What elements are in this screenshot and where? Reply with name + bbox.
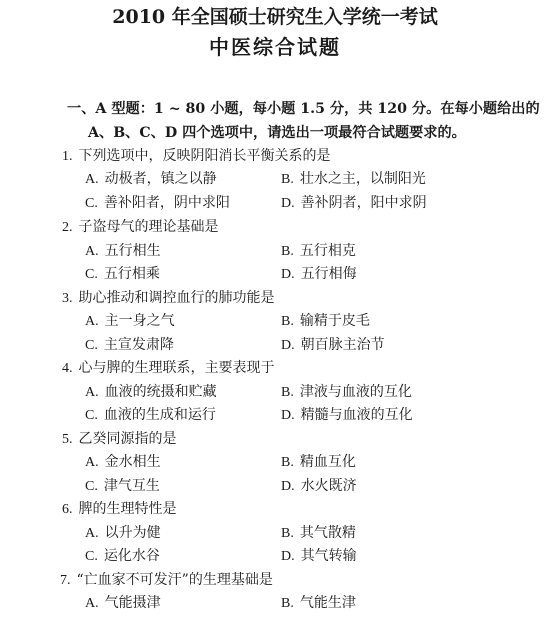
option-5a: A.金水相生 [85,451,161,471]
option-text: 津液与血液的互化 [300,384,412,400]
option-letter: B. [281,455,294,470]
option-text: 水火既济 [301,478,357,494]
question-number: 5. [62,432,73,447]
option-letter: B. [281,244,294,259]
option-3c: C.主宣发肃降 [85,334,174,354]
option-text: 五行相克 [300,243,356,259]
option-letter: B. [281,172,294,187]
option-7a: A.气能摄津 [85,592,161,612]
option-6d: D.其气转输 [281,545,357,565]
option-text: 气能生津 [300,595,356,611]
option-text: 津气互生 [104,478,160,494]
section-instructions-line2: A、B、C、D 四个选项中，请选出一项最符合试题要求的。 [88,122,466,142]
option-3b: B.输精于皮毛 [281,310,370,330]
option-text: 金水相生 [105,454,161,470]
option-6b: B.其气散精 [281,522,356,542]
option-text: 动极者，镇之以静 [105,171,217,187]
option-text: 其气转输 [301,548,357,564]
option-text: 主一身之气 [105,313,175,329]
question-7: 7.“亡血家不可发汗”的生理基础是 [60,569,273,589]
option-text: 壮水之主，以制阳光 [300,171,426,187]
option-letter: C. [85,549,98,564]
option-4b: B.津液与血液的互化 [281,381,412,401]
question-stem: 下列选项中，反映阴阳消长平衡关系的是 [79,148,331,164]
section-instructions-line1: 一、A 型题：1 ~ 80 小题，每小题 1.5 分，共 120 分。在每小题给… [67,98,540,118]
option-letter: A. [85,244,99,259]
option-text: 主宣发肃降 [104,337,174,353]
option-letter: A. [85,526,99,541]
option-text: 精血互化 [300,454,356,470]
option-text: 善补阴者，阳中求阴 [301,195,427,211]
question-number: 6. [62,502,73,517]
option-letter: D. [281,408,295,423]
option-letter: D. [281,549,295,564]
question-number: 2. [62,220,73,235]
option-text: 以升为健 [105,525,161,541]
option-letter: A. [85,314,99,329]
option-text: 运化水谷 [104,548,160,564]
option-letter: D. [281,479,295,494]
option-1a: A.动极者，镇之以静 [85,168,217,188]
option-text: 精髓与血液的互化 [301,407,413,423]
option-4d: D.精髓与血液的互化 [281,404,413,424]
option-letter: C. [85,267,98,282]
option-3a: A.主一身之气 [85,310,175,330]
option-text: 输精于皮毛 [300,313,370,329]
option-letter: B. [281,385,294,400]
option-text: 血液的生成和运行 [104,407,216,423]
question-stem: “亡血家不可发汗”的生理基础是 [77,572,273,588]
question-number: 3. [62,291,73,306]
option-text: 朝百脉主治节 [301,337,385,353]
question-number: 1. [62,149,73,164]
question-5: 5.乙癸同源指的是 [62,428,177,448]
option-letter: C. [85,408,98,423]
option-4a: A.血液的统摄和贮藏 [85,381,217,401]
question-stem: 脾的生理特性是 [79,501,177,517]
option-letter: D. [281,267,295,282]
option-3d: D.朝百脉主治节 [281,334,385,354]
question-stem: 乙癸同源指的是 [79,431,177,447]
option-text: 五行相乘 [104,266,160,282]
question-2: 2.子盗母气的理论基础是 [62,216,219,236]
option-1b: B.壮水之主，以制阳光 [281,168,426,188]
option-2c: C.五行相乘 [85,263,160,283]
option-text: 血液的统摄和贮藏 [105,384,217,400]
option-2d: D.五行相侮 [281,263,357,283]
question-6: 6.脾的生理特性是 [62,498,177,518]
option-text: 气能摄津 [105,595,161,611]
question-stem: 心与脾的生理联系，主要表现于 [79,360,275,376]
question-number: 4. [62,361,73,376]
option-text: 善补阳者，阴中求阳 [104,195,230,211]
option-6c: C.运化水谷 [85,545,160,565]
option-text: 其气散精 [300,525,356,541]
question-number: 7. [60,573,71,588]
option-4c: C.血液的生成和运行 [85,404,216,424]
option-2a: A.五行相生 [85,240,161,260]
question-3: 3.助心推动和调控血行的肺功能是 [62,287,275,307]
option-text: 五行相生 [105,243,161,259]
option-letter: C. [85,196,98,211]
option-7b: B.气能生津 [281,592,356,612]
question-1: 1.下列选项中，反映阴阳消长平衡关系的是 [62,145,331,165]
option-text: 五行相侮 [301,266,357,282]
option-letter: C. [85,338,98,353]
option-letter: B. [281,526,294,541]
option-5c: C.津气互生 [85,475,160,495]
option-letter: A. [85,596,99,611]
exam-title: 2010 年全国硕士研究生入学统一考试 [0,2,550,29]
question-stem: 助心推动和调控血行的肺功能是 [79,290,275,306]
option-letter: D. [281,338,295,353]
option-6a: A.以升为健 [85,522,161,542]
option-letter: B. [281,314,294,329]
option-5d: D.水火既济 [281,475,357,495]
option-letter: A. [85,385,99,400]
option-5b: B.精血互化 [281,451,356,471]
question-4: 4.心与脾的生理联系，主要表现于 [62,357,275,377]
option-2b: B.五行相克 [281,240,356,260]
option-letter: C. [85,479,98,494]
option-1c: C.善补阳者，阴中求阳 [85,192,230,212]
option-letter: B. [281,596,294,611]
option-letter: A. [85,455,99,470]
option-letter: D. [281,196,295,211]
exam-subtitle: 中医综合试题 [0,31,550,60]
option-letter: A. [85,172,99,187]
question-stem: 子盗母气的理论基础是 [79,219,219,235]
option-1d: D.善补阴者，阳中求阴 [281,192,427,212]
